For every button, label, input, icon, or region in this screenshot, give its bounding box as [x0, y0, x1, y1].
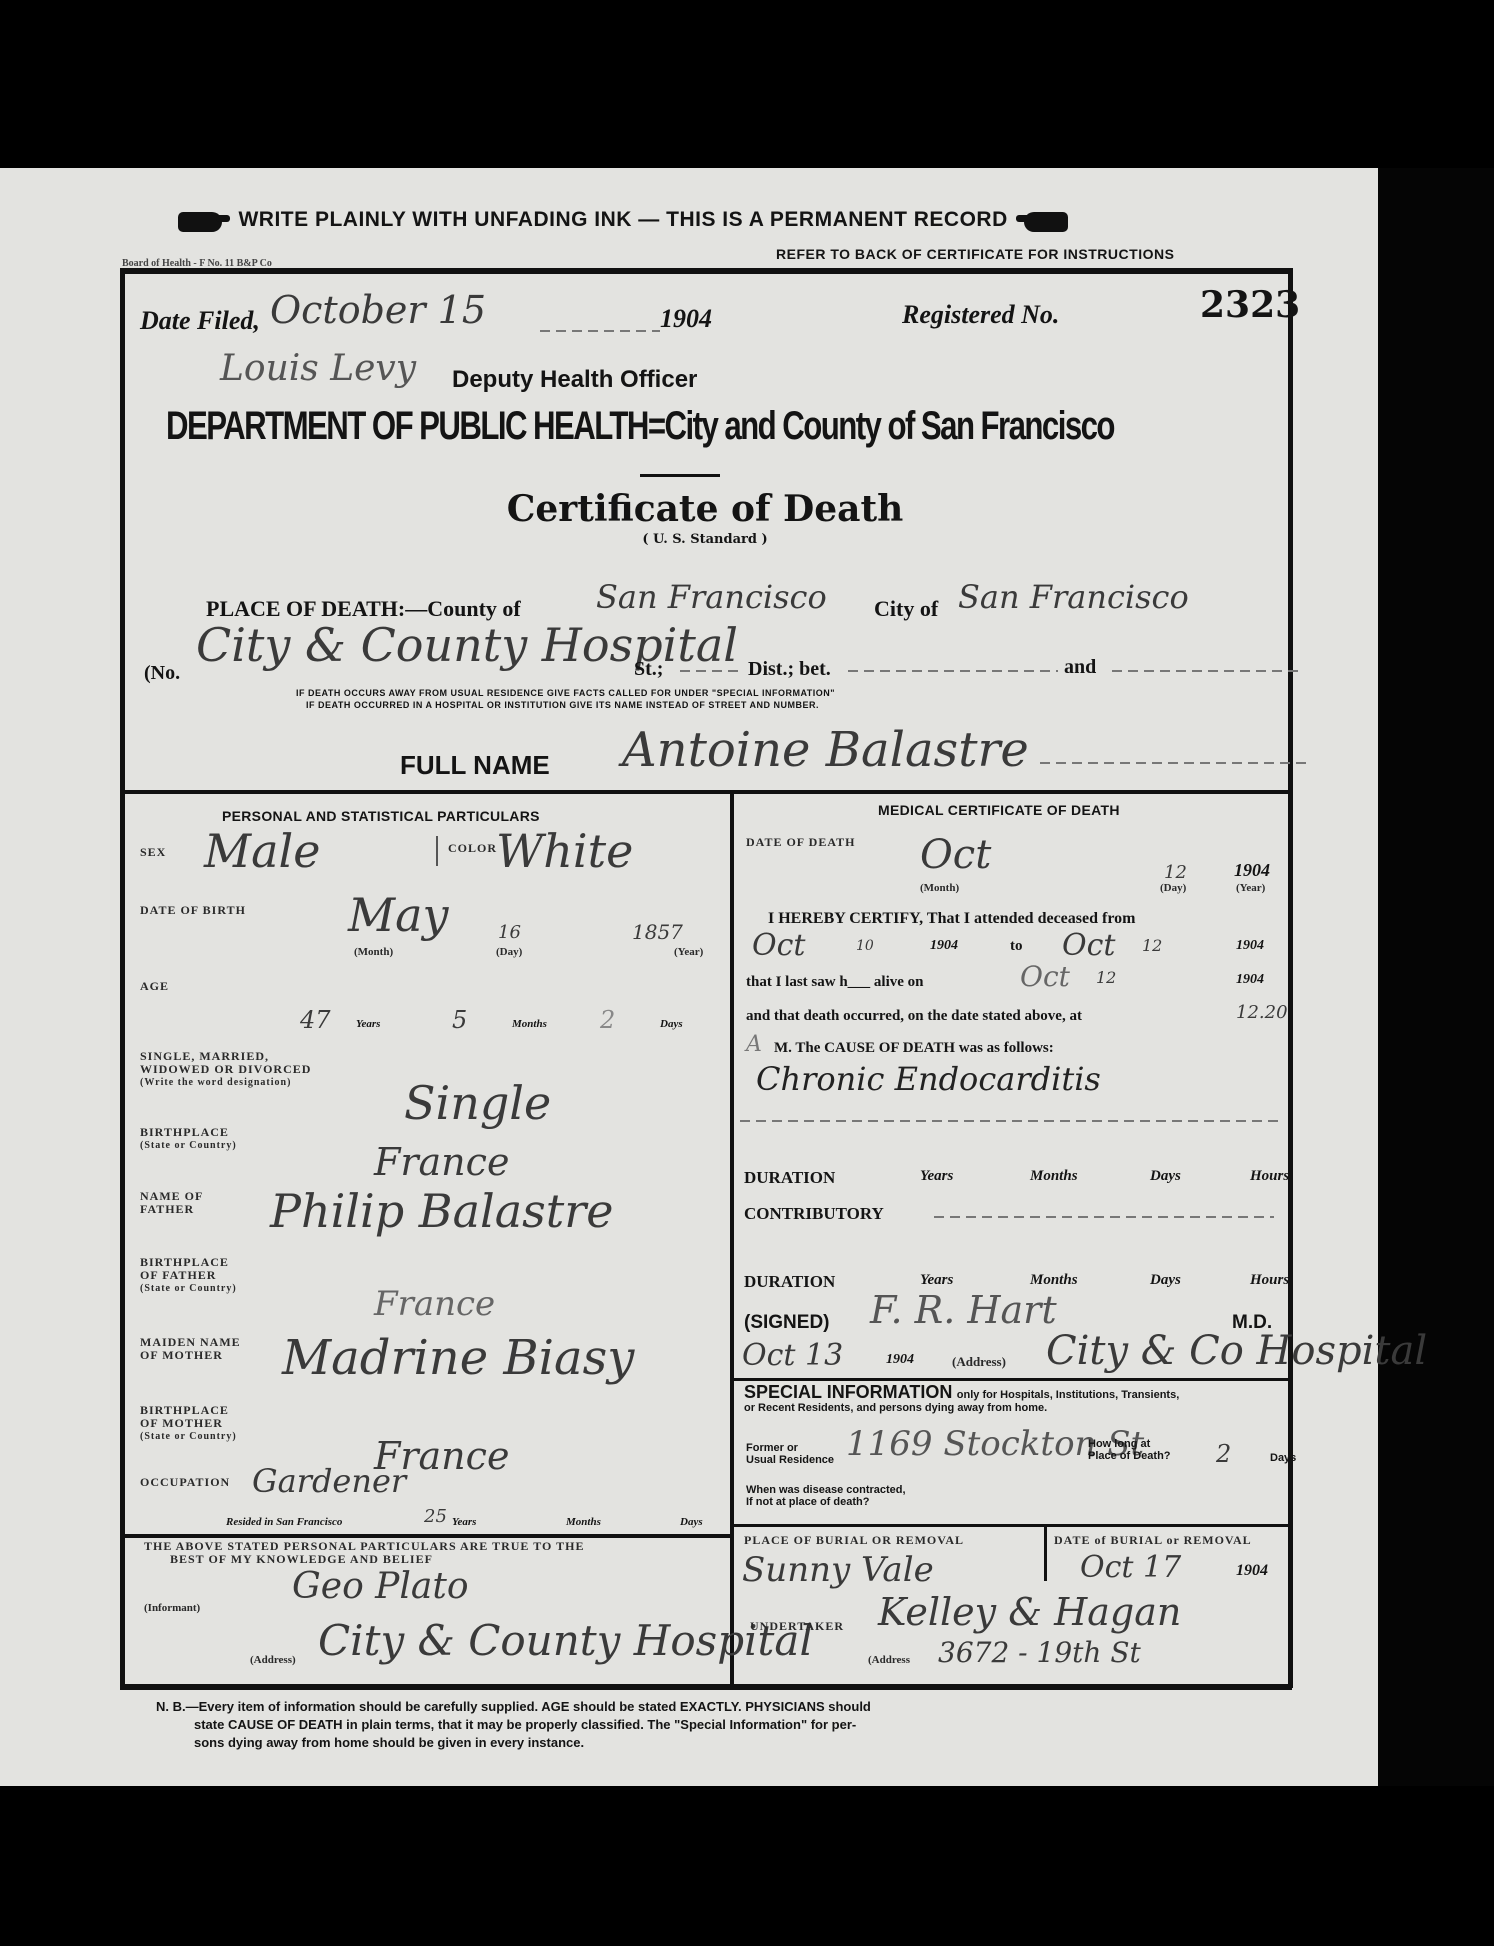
fill-line [1112, 670, 1302, 672]
title-divider [640, 474, 720, 477]
officer-title: Deputy Health Officer [452, 366, 697, 394]
duration-label-1: DURATION [744, 1168, 835, 1188]
years-caption: Years [356, 1018, 380, 1030]
special-divider [734, 1378, 1288, 1381]
fill-line [848, 670, 1058, 672]
warning-banner: WRITE PLAINLY WITH UNFADING INK — THIS I… [178, 208, 1278, 242]
duration-years-1: Years [920, 1168, 953, 1185]
birthplace-label: BIRTHPLACE (State or Country) [140, 1126, 237, 1152]
place-note-line-1: IF DEATH OCCURS AWAY FROM USUAL RESIDENC… [296, 688, 835, 698]
special-heading: SPECIAL INFORMATION only for Hospitals, … [744, 1382, 1179, 1403]
death-time: 12.20 [1236, 1002, 1288, 1023]
section-divider [120, 790, 1292, 794]
death-year-caption: (Year) [1236, 882, 1265, 894]
birthplace-value: France [374, 1140, 509, 1184]
days-caption: Days [660, 1018, 683, 1030]
signed-date: Oct 13 [742, 1338, 843, 1373]
resided-years: 25 [424, 1506, 447, 1527]
burial-place-value: Sunny Vale [742, 1550, 934, 1590]
occupation-label: OCCUPATION [140, 1476, 230, 1489]
contributory-label: CONTRIBUTORY [744, 1204, 884, 1224]
city-label: City of [874, 596, 938, 622]
pointing-hand-icon [1024, 212, 1068, 232]
duration-months-1: Months [1030, 1168, 1078, 1185]
marital-value: Single [404, 1076, 551, 1130]
duration-years-2: Years [920, 1272, 953, 1289]
mother-name-label: MAIDEN NAME OF MOTHER [140, 1336, 241, 1362]
district-label: Dist.; bet. [748, 658, 831, 681]
dob-year: 1857 [632, 920, 683, 944]
resided-months-caption: Months [566, 1516, 601, 1528]
death-day: 12 [1164, 862, 1187, 883]
cause-text: M. The CAUSE OF DEATH was as follows: [774, 1040, 1054, 1057]
physician-address-value: City & Co Hospital [1046, 1328, 1427, 1374]
day-caption: (Day) [496, 946, 522, 958]
sex-label: SEX [140, 846, 166, 859]
date-filed-label: Date Filed, [140, 306, 260, 336]
informant-statement-2: BEST OF MY KNOWLEDGE AND BELIEF [170, 1553, 433, 1566]
place-note-line-2: IF DEATH OCCURRED IN A HOSPITAL OR INSTI… [306, 700, 819, 710]
burial-separator [1044, 1527, 1047, 1581]
certify-text: I HEREBY CERTIFY, That I attended deceas… [768, 910, 1135, 928]
department-title: DEPARTMENT OF PUBLIC HEALTH=City and Cou… [166, 404, 1114, 449]
how-long-unit: Days [1270, 1452, 1296, 1464]
last-saw-text: that I last saw h___ alive on [746, 974, 924, 991]
burial-place-label: PLACE OF BURIAL OR REMOVAL [744, 1534, 964, 1547]
duration-label-2: DURATION [744, 1272, 835, 1292]
officer-signature: Louis Levy [220, 348, 416, 389]
informant-label: (Informant) [144, 1602, 200, 1614]
fill-line [540, 330, 660, 332]
marital-label: SINGLE, MARRIED, WIDOWED OR DIVORCED (Wr… [140, 1050, 311, 1089]
attended-from-year: 1904 [930, 938, 958, 954]
field-separator [436, 836, 438, 866]
mother-name-value: Madrine Biasy [282, 1330, 634, 1386]
informant-value: Geo Plato [292, 1566, 469, 1607]
informant-address-label: (Address) [250, 1654, 296, 1666]
signed-label: (SIGNED) [744, 1312, 830, 1334]
age-days: 2 [600, 1006, 615, 1034]
undertaker-label: UNDERTAKER [750, 1620, 844, 1633]
age-years: 47 [300, 1006, 331, 1034]
date-filed-value: October 15 [270, 288, 486, 332]
duration-days-1: Days [1150, 1168, 1181, 1185]
months-caption: Months [512, 1018, 547, 1030]
number-label: (No. [144, 662, 180, 685]
informant-address-value: City & County Hospital [318, 1616, 813, 1665]
refer-note: REFER TO BACK OF CERTIFICATE FOR INSTRUC… [776, 246, 1174, 262]
death-month: Oct [920, 832, 991, 878]
occupation-value: Gardener [252, 1462, 406, 1500]
cause-of-death-value: Chronic Endocarditis [756, 1060, 1101, 1098]
year-caption: (Year) [674, 946, 703, 958]
physician-address-label: (Address) [952, 1354, 1006, 1370]
date-of-death-label: DATE OF DEATH [746, 836, 855, 849]
county-value: San Francisco [596, 578, 827, 616]
city-value: San Francisco [958, 578, 1189, 616]
color-value: White [496, 824, 633, 878]
burial-year: 1904 [1236, 1562, 1268, 1580]
frame-top [120, 268, 1292, 274]
sex-value: Male [204, 824, 320, 878]
last-saw-year: 1904 [1236, 972, 1264, 988]
fill-line [934, 1216, 1274, 1218]
warning-text: WRITE PLAINLY WITH UNFADING INK — THIS I… [238, 208, 1007, 231]
certificate-title: Certificate of Death [0, 488, 1410, 530]
footnote: N. B.—Every item of information should b… [156, 1698, 871, 1752]
special-heading-line-2: or Recent Residents, and persons dying a… [744, 1402, 1047, 1414]
attended-to-day: 12 [1142, 936, 1162, 955]
informant-divider [125, 1534, 730, 1538]
fill-line [1040, 762, 1310, 764]
frame-left [120, 268, 125, 1688]
undertaker-address-value: 3672 - 19th St [938, 1636, 1141, 1669]
fill-line [680, 670, 740, 672]
month-caption: (Month) [354, 946, 393, 958]
burial-divider [734, 1524, 1288, 1527]
death-month-caption: (Month) [920, 882, 959, 894]
attended-to-month: Oct [1062, 928, 1115, 963]
full-name-value: Antoine Balastre [622, 722, 1029, 778]
occurred-text: and that death occurred, on the date sta… [746, 1008, 1082, 1025]
scan-border [1378, 168, 1494, 1786]
pointing-hand-icon [178, 212, 222, 232]
standard-note: ( U. S. Standard ) [0, 532, 1410, 547]
attended-from-day: 10 [856, 938, 874, 954]
death-day-caption: (Day) [1160, 882, 1186, 894]
how-long-value: 2 [1216, 1440, 1231, 1468]
street-label: St.; [634, 658, 663, 681]
personal-heading: PERSONAL AND STATISTICAL PARTICULARS [222, 808, 540, 824]
burial-date-label: DATE of BURIAL or REMOVAL [1054, 1534, 1252, 1547]
dob-month: May [348, 888, 449, 942]
fill-line [740, 1120, 1280, 1122]
duration-months-2: Months [1030, 1272, 1078, 1289]
burial-date-value: Oct 17 [1080, 1550, 1181, 1585]
father-name-value: Philip Balastre [270, 1184, 613, 1238]
duration-hours-2: Hours [1250, 1272, 1289, 1289]
attended-from-month: Oct [752, 928, 805, 963]
to-label: to [1010, 938, 1023, 955]
age-label: AGE [140, 980, 169, 993]
how-long-label: How long at Place of Death? [1088, 1438, 1171, 1462]
last-saw-month: Oct [1020, 960, 1070, 993]
last-saw-day: 12 [1096, 968, 1116, 987]
residence-label: Former or Usual Residence [746, 1442, 834, 1466]
frame-bottom [120, 1684, 1292, 1690]
dob-label: DATE OF BIRTH [140, 904, 246, 917]
father-birthplace-value: France [374, 1284, 495, 1324]
signed-year: 1904 [886, 1352, 914, 1368]
dob-day: 16 [498, 922, 521, 943]
medical-heading: MEDICAL CERTIFICATE OF DEATH [878, 802, 1120, 818]
attended-to-year: 1904 [1236, 938, 1264, 954]
contracted-label: When was disease contracted, If not at p… [746, 1484, 906, 1508]
resided-label: Resided in San Francisco [226, 1516, 342, 1528]
mother-birthplace-label: BIRTHPLACE OF MOTHER (State or Country) [140, 1404, 237, 1443]
date-filed-year: 1904 [660, 304, 712, 334]
color-label: COLOR [448, 842, 497, 855]
duration-hours-1: Hours [1250, 1168, 1289, 1185]
undertaker-value: Kelley & Hagan [878, 1590, 1181, 1634]
father-birthplace-label: BIRTHPLACE OF FATHER (State or Country) [140, 1256, 237, 1295]
registered-label: Registered No. [902, 300, 1059, 330]
death-year: 1904 [1234, 860, 1270, 881]
resided-days-caption: Days [680, 1516, 703, 1528]
column-divider [730, 794, 734, 1688]
undertaker-address-label: (Address [868, 1654, 910, 1666]
physician-signature: F. R. Hart [870, 1288, 1057, 1332]
father-name-label: NAME OF FATHER [140, 1190, 203, 1216]
age-months: 5 [452, 1006, 467, 1034]
and-label: and [1064, 656, 1096, 679]
registered-number: 2323 [1200, 284, 1300, 326]
frame-right [1288, 268, 1293, 1688]
duration-days-2: Days [1150, 1272, 1181, 1289]
resided-years-caption: Years [452, 1516, 476, 1528]
meridian-value: A [746, 1032, 762, 1057]
full-name-label: FULL NAME [400, 750, 550, 781]
